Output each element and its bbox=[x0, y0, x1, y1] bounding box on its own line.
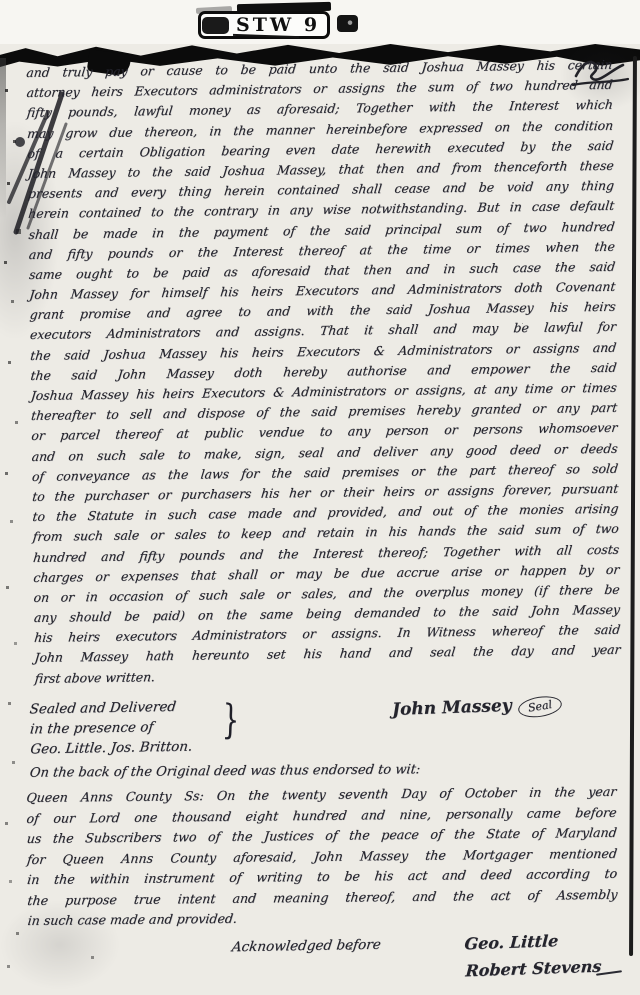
stamp-label: STW 9 bbox=[236, 14, 320, 36]
deed-body-text: and truly pay or cause to be paid unto t… bbox=[25, 55, 620, 689]
seal-badge: Seal bbox=[516, 693, 563, 720]
endorsement-text: Queen Anns County Ss: On the twenty seve… bbox=[25, 782, 616, 932]
endorsement-intro: On the back of the Original deed was thu… bbox=[29, 762, 421, 780]
attestation-line: Geo. Little. Jos. Britton. bbox=[29, 737, 193, 760]
justice-signature: Robert Stevens bbox=[465, 953, 603, 985]
scanned-deed-page: STW 9 and truly pay or cause to be paid … bbox=[0, 0, 640, 995]
right-edge-scan-line bbox=[629, 56, 637, 956]
stamp-ink-blob-right bbox=[337, 15, 358, 32]
acknowledgment-label: Acknowledged before bbox=[231, 937, 382, 956]
grantor-signature: John MasseySeal bbox=[392, 694, 562, 722]
edge-speckles bbox=[0, 0, 1, 1]
attestation-block: Sealed and Deliveredin the presence ofGe… bbox=[29, 697, 192, 760]
stamp-ink-blob-left bbox=[202, 17, 229, 34]
brace-mark: } bbox=[222, 696, 240, 743]
justice-signatures: Geo. LittleRobert Stevens bbox=[464, 926, 602, 985]
grantor-signature-name: John Massey bbox=[392, 696, 512, 720]
